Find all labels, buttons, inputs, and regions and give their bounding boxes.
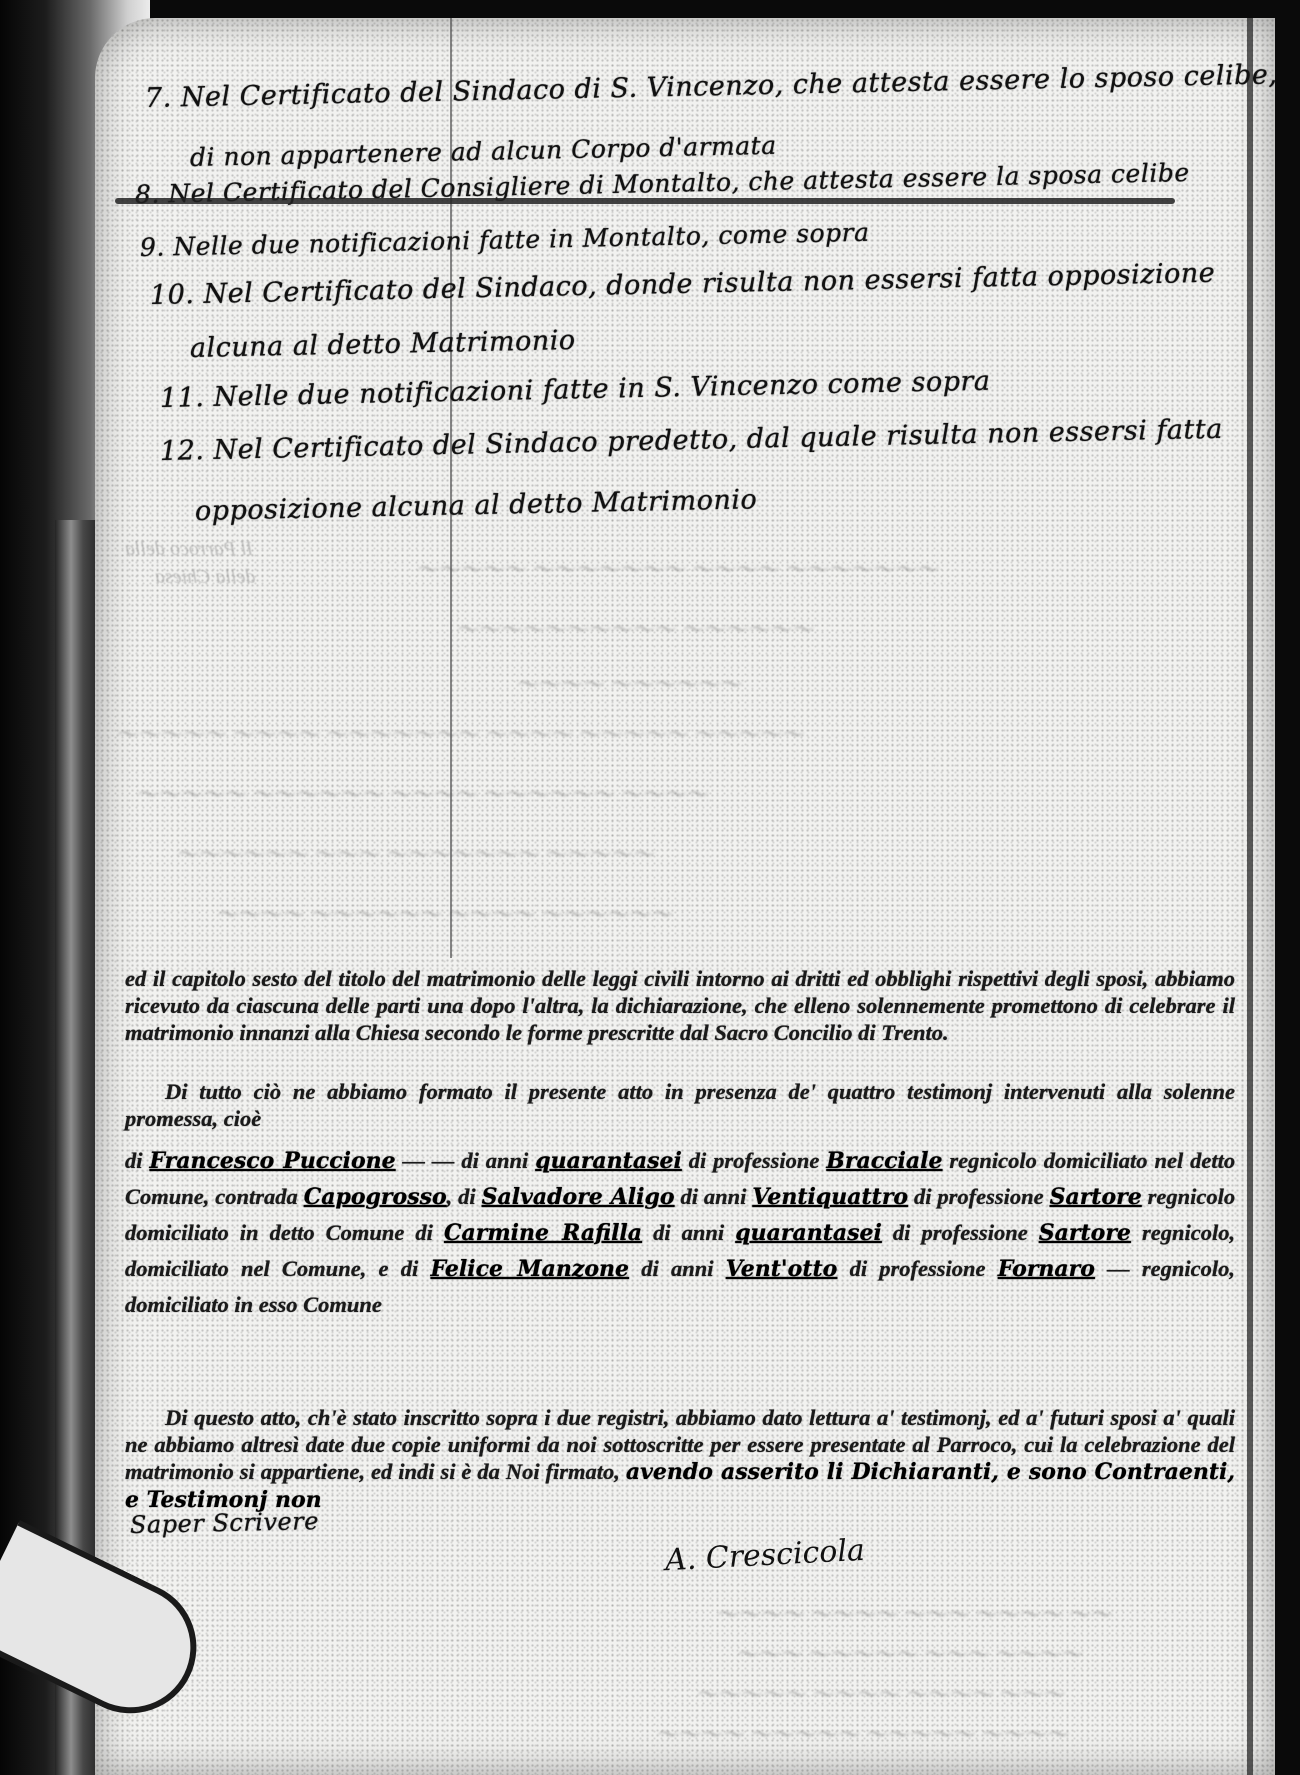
- bleed-through-handwriting: ～～～～ ～～～～～～ ～～～～ ～～～～～～: [215, 898, 1115, 929]
- witness-profession: Sartore: [1050, 1184, 1142, 1210]
- handwritten-item-12-continuation: opposizione alcuna al detto Matrimonio: [195, 484, 758, 527]
- witness-contrada: Capogrosso: [304, 1184, 447, 1210]
- witness-age: Vent'otto: [726, 1256, 838, 1282]
- witness-profession: Fornaro: [998, 1256, 1095, 1282]
- witness-name: Salvadore Aligo: [482, 1184, 675, 1210]
- handwritten-item-9: 9. Nelle due notificazioni fatte in Mont…: [140, 218, 870, 262]
- page-margin-rule: [1247, 18, 1253, 1775]
- witness-name: Felice Manzone: [430, 1256, 629, 1282]
- witness-list: di Francesco Puccione — — di anni quaran…: [125, 1143, 1235, 1323]
- witness-age: Ventiquattro: [752, 1184, 908, 1210]
- witness-age: quarantasei: [735, 1220, 882, 1246]
- handwritten-closing-note: Saper Scrivere: [130, 1507, 319, 1539]
- bleed-through-handwriting: ～～～～～～ ～～～ ～～～～～～～ ～～～～～: [175, 838, 1135, 869]
- handwritten-item-11: 11. Nelle due notificazioni fatte in S. …: [160, 366, 991, 414]
- strikethrough-line: [115, 198, 1175, 204]
- bleed-through-handwriting: ～～～～ ～～～～～～: [515, 668, 741, 699]
- handwritten-item-7: 7. Nel Certificato del Sindaco di S. Vin…: [145, 59, 1275, 114]
- bleed-through-handwriting: ～～～～～ ～～～～～～～ ～～～～ ～～～～～～～: [415, 553, 1135, 584]
- witness-profession: Sartore: [1039, 1220, 1131, 1246]
- printed-paragraph-legal: ed il capitolo sesto del titolo del matr…: [125, 965, 1235, 1046]
- bleed-through-handwriting: ～～～～～～～～～～ ～～～～～～: [455, 613, 813, 644]
- handwritten-item-12: 12. Nel Certificato del Sindaco predetto…: [160, 414, 1223, 467]
- handwritten-item-10-continuation: alcuna al detto Matrimonio: [190, 325, 576, 364]
- bleed-through-handwriting-bottom: ～～～～ ～～～～ ～～～ ～～～～ ～～: [715, 1598, 1255, 1629]
- witness-profession: Bracciale: [826, 1148, 942, 1174]
- printed-paragraph-witnesses-intro: Di tutto ciò ne abbiamo formato il prese…: [125, 1078, 1235, 1132]
- witness-age: quarantasei: [535, 1148, 682, 1174]
- official-signature: A. Crescicola: [664, 1533, 865, 1578]
- bleed-through-handwriting-bottom: ～～～～～ ～～～～ ～～～～ ～～～: [695, 1678, 1255, 1709]
- document-page: 7. Nel Certificato del Sindaco di S. Vin…: [95, 18, 1275, 1775]
- bleed-through-handwriting-bottom: ～～～ ～～～～～ ～～～ ～～～～: [735, 1638, 1255, 1669]
- bleed-through-handwriting-bottom: ～～～～ ～～～～～ ～～～～～ ～～～～: [655, 1718, 1255, 1749]
- bleed-through-handwriting: ～～～～～ ～～～～ ～～～～～～～ ～～～～ ～～～～～ ～～～～～: [115, 718, 1115, 749]
- witness-name: Carmine Rafilla: [444, 1220, 642, 1246]
- printed-paragraph-closing: Di questo atto, ch'è stato inscritto sop…: [125, 1404, 1235, 1514]
- bleed-through-text: Il Parroco della: [125, 538, 253, 561]
- bleed-through-text: della Chiesa: [155, 566, 256, 589]
- bleed-through-handwriting: ～～～～～ ～～～～～～ ～～～～ ～～～～～～ ～～～～: [135, 778, 1135, 809]
- handwritten-item-10: 10. Nel Certificato del Sindaco, donde r…: [150, 258, 1216, 311]
- handwritten-item-7-continuation: di non appartenere ad alcun Corpo d'arma…: [190, 131, 777, 172]
- witness-name: Francesco Puccione: [149, 1148, 395, 1174]
